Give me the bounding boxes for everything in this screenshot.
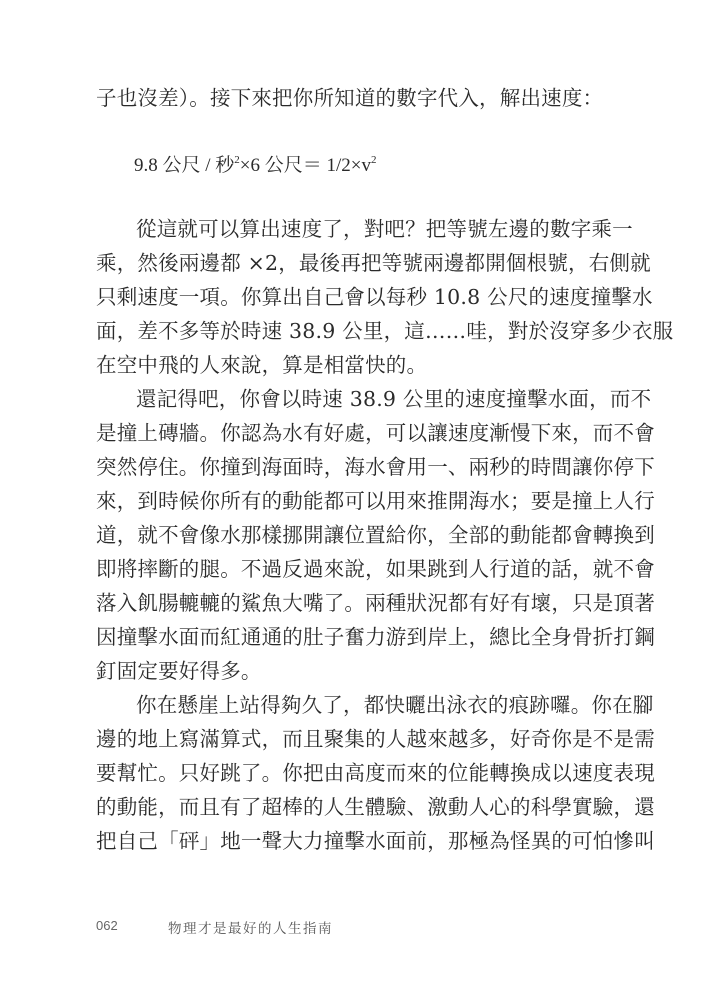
book-page: 子也沒差）。接下來把你所知道的數字代入，解出速度： 9.8 公尺 / 秒2×6 …: [0, 0, 711, 1000]
intro-line: 子也沒差）。接下來把你所知道的數字代入，解出速度：: [96, 81, 616, 115]
paragraph-line: 從這就可以算出速度了，對吧？把等號左邊的數字乘一: [96, 212, 616, 246]
paragraph-line: 在空中飛的人來說，算是相當快的。: [96, 348, 616, 382]
paragraph-line: 還記得吧，你會以時速 38.9 公里的速度撞擊水面，而不: [96, 382, 616, 416]
paragraph-line: 突然停住。你撞到海面時，海水會用一、兩秒的時間讓你停下: [96, 450, 616, 484]
paragraph-line: 即將摔斷的腿。不過反過來說，如果跳到人行道的話，就不會: [96, 552, 616, 586]
paragraph-line: 只剩速度一項。你算出自己會以每秒 10.8 公尺的速度撞擊水: [96, 280, 616, 314]
equation-right: ×6 公尺＝ 1/2×v: [240, 155, 371, 176]
equation-exponent: 2: [371, 154, 377, 166]
paragraph-line: 是撞上磚牆。你認為水有好處，可以讓速度漸慢下來，而不會: [96, 416, 616, 450]
paragraph-line: 道，就不會像水那樣挪開讓位置給你，全部的動能都會轉換到: [96, 518, 616, 552]
paragraph-line: 要幫忙。只好跳了。你把由高度而來的位能轉換成以速度表現: [96, 756, 616, 790]
paragraph-line: 釘固定要好得多。: [96, 654, 616, 688]
paragraph-line: 來，到時候你所有的動能都可以用來推開海水；要是撞上人行: [96, 484, 616, 518]
equation-left: 9.8 公尺 / 秒: [134, 155, 234, 176]
paragraph-line: 把自己「砰」地一聲大力撞擊水面前，那極為怪異的可怕慘叫: [96, 824, 616, 858]
equation: 9.8 公尺 / 秒2×6 公尺＝ 1/2×v2: [134, 143, 377, 183]
paragraph-line: 乘，然後兩邊都 ×2，最後再把等號兩邊都開個根號，右側就: [96, 246, 616, 280]
paragraph-line: 面，差不多等於時速 38.9 公里，這……哇，對於沒穿多少衣服: [96, 314, 616, 348]
paragraph-line: 落入飢腸轆轆的鯊魚大嘴了。兩種狀況都有好有壞，只是頂著: [96, 586, 616, 620]
paragraph-line: 的動能，而且有了超棒的人生體驗、激動人心的科學實驗，還: [96, 790, 616, 824]
paragraph-line: 你在懸崖上站得夠久了，都快曬出泳衣的痕跡囉。你在腳: [96, 688, 616, 722]
page-number: 062: [96, 918, 118, 933]
running-title: 物理才是最好的人生指南: [168, 917, 333, 937]
paragraph-line: 邊的地上寫滿算式，而且聚集的人越來越多，好奇你是不是需: [96, 722, 616, 756]
paragraph-line: 因撞擊水面而紅通通的肚子奮力游到岸上，總比全身骨折打鋼: [96, 620, 616, 654]
